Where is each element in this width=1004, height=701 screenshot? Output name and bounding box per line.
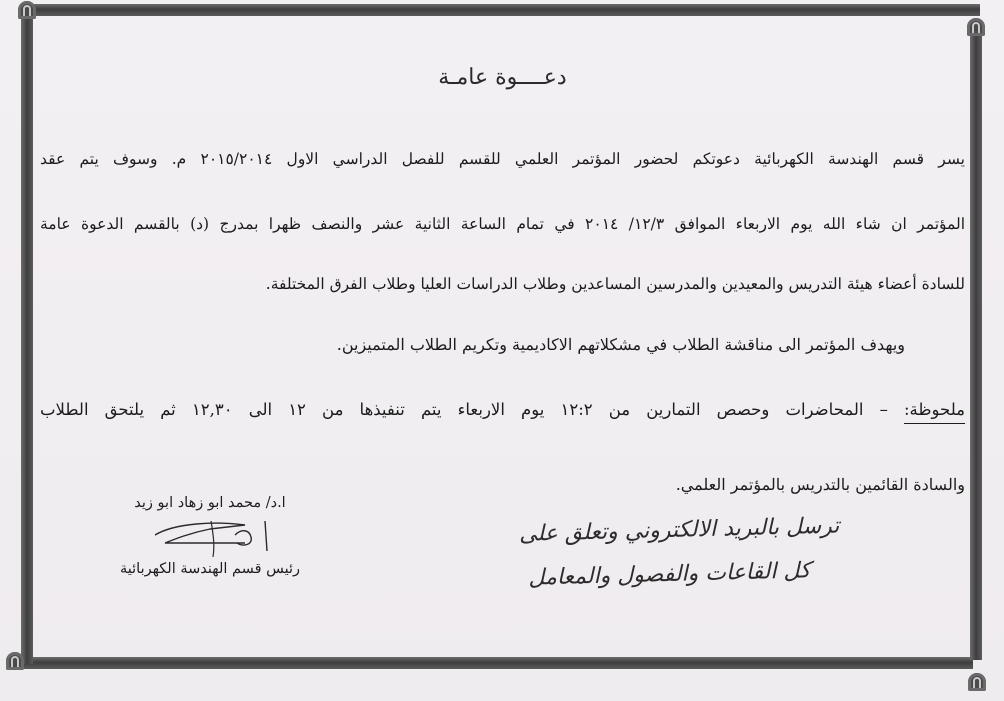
frame-border-top [30, 4, 980, 16]
frame-corner-ornament-icon [967, 18, 985, 36]
signature-scribble-icon [95, 515, 325, 557]
frame-corner-ornament-icon [18, 1, 36, 19]
note-continuation: والسادة القائمين بالتدريس بالمؤتمر العلم… [676, 475, 965, 494]
frame-border-right [970, 22, 982, 660]
frame-border-left [21, 14, 33, 664]
note-line: ملحوظة: – المحاضرات وحصص التمارين من ١٢:… [40, 400, 965, 419]
paragraph-line-2: المؤتمر ان شاء الله يوم الاربعاء الموافق… [40, 215, 965, 233]
signatory-role: رئيس قسم الهندسة الكهربائية [95, 561, 325, 577]
page-title: دعــــوة عامـة [40, 65, 965, 90]
handwritten-note: ترسل بالبريد الالكتروني وتعلق على كل الق… [419, 505, 841, 604]
signatory-name: ا.د/ محمد ابو زهاد ابو زيد [95, 495, 325, 511]
paragraph-goal: ويهدف المؤتمر الى مناقشة الطلاب في مشكلا… [337, 335, 905, 354]
frame-border-bottom [18, 657, 973, 669]
paragraph-line-3: للسادة أعضاء هيئة التدريس والمعيدين والم… [266, 275, 965, 293]
note-text: – المحاضرات وحصص التمارين من ١٢:٢ يوم ال… [40, 400, 888, 419]
frame-corner-ornament-icon [6, 652, 24, 670]
paragraph-line-1: يسر قسم الهندسة الكهربائية دعوتكم لحضور … [40, 150, 965, 168]
frame-corner-ornament-icon [968, 673, 986, 691]
note-label: ملحوظة: [904, 400, 965, 419]
scanned-page: دعــــوة عامـة يسر قسم الهندسة الكهربائي… [0, 0, 1004, 701]
signature-block: ا.د/ محمد ابو زهاد ابو زيد رئيس قسم الهن… [95, 495, 325, 577]
